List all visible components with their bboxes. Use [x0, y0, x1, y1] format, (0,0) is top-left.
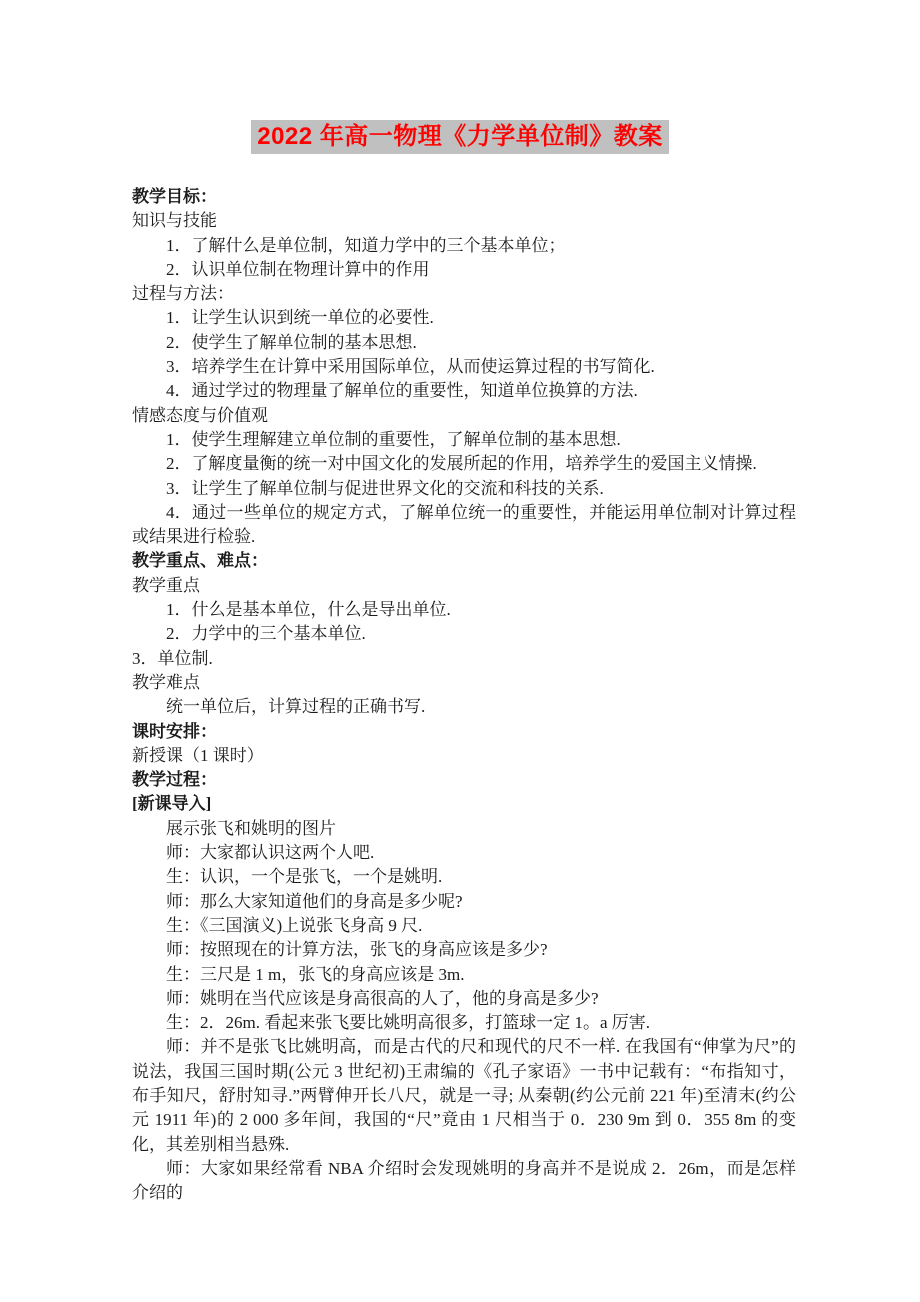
document-page: 2022 年高一物理《力学单位制》教案 教学目标：知识与技能1．了解什么是单位制…: [0, 0, 920, 1302]
body-line: 新授课（1 课时）: [132, 744, 796, 768]
title-row: 2022 年高一物理《力学单位制》教案: [0, 0, 920, 154]
subheading-knowledge-skills: 知识与技能: [132, 209, 796, 233]
dialog-line: 师：姚明在当代应该是身高很高的人了，他的身高是多少?: [132, 987, 796, 1011]
list-item: 4．通过学过的物理量了解单位的重要性，知道单位换算的方法.: [132, 379, 796, 403]
list-item: 3．培养学生在计算中采用国际单位，从而使运算过程的书写简化.: [132, 355, 796, 379]
list-item: 1．了解什么是单位制，知道力学中的三个基本单位；: [132, 234, 796, 258]
dialog-line: 师：大家都认识这两个人吧.: [132, 841, 796, 865]
list-item: 2．认识单位制在物理计算中的作用: [132, 258, 796, 282]
list-item: 1．什么是基本单位，什么是导出单位.: [132, 598, 796, 622]
subheading-process-methods: 过程与方法：: [132, 282, 796, 306]
list-item: 3．让学生了解单位制与促进世界文化的交流和科技的关系.: [132, 477, 796, 501]
list-item: 1．让学生认识到统一单位的必要性.: [132, 306, 796, 330]
list-item: 2．力学中的三个基本单位.: [132, 622, 796, 646]
dialog-line: 师：那么大家知道他们的身高是多少呢?: [132, 890, 796, 914]
document-title: 2022 年高一物理《力学单位制》教案: [251, 120, 669, 154]
subheading-key-points: 教学重点: [132, 574, 796, 598]
dialog-line: 师：按照现在的计算方法，张飞的身高应该是多少?: [132, 938, 796, 962]
list-item: 2．使学生了解单位制的基本思想.: [132, 331, 796, 355]
subheading-emotion-values: 情感态度与价值观: [132, 404, 796, 428]
dialog-line: 生：2．26m. 看起来张飞要比姚明高很多，打篮球一定 1。a 厉害.: [132, 1011, 796, 1035]
heading-teaching-objectives: 教学目标：: [132, 185, 796, 209]
subheading-difficult-points: 教学难点: [132, 671, 796, 695]
dialog-line: 师：并不是张飞比姚明高，而是古代的尺和现代的尺不一样. 在我国有“伸掌为尺”的说…: [132, 1035, 796, 1156]
heading-class-schedule: 课时安排：: [132, 720, 796, 744]
dialog-line: 生：《三国演义)上说张飞身高 9 尺.: [132, 914, 796, 938]
list-item: 4．通过一些单位的规定方式，了解单位统一的重要性，并能运用单位制对计算过程或结果…: [132, 501, 796, 550]
dialog-line: 师：大家如果经常看 NBA 介绍时会发现姚明的身高并不是说成 2．26m，而是怎…: [132, 1157, 796, 1206]
dialog-line: 生：三尺是 1 m，张飞的身高应该是 3m.: [132, 963, 796, 987]
body-line: 统一单位后，计算过程的正确书写.: [132, 695, 796, 719]
document-body: 教学目标：知识与技能1．了解什么是单位制，知道力学中的三个基本单位；2．认识单位…: [132, 185, 796, 1205]
list-item: 2．了解度量衡的统一对中国文化的发展所起的作用，培养学生的爱国主义情操.: [132, 452, 796, 476]
heading-new-lesson-intro: [新课导入]: [132, 792, 796, 816]
dialog-line: 生：认识，一个是张飞，一个是姚明.: [132, 865, 796, 889]
body-line: 展示张飞和姚明的图片: [132, 817, 796, 841]
heading-key-difficult-points: 教学重点、难点：: [132, 549, 796, 573]
heading-teaching-process: 教学过程：: [132, 768, 796, 792]
list-item: 1．使学生理解建立单位制的重要性，了解单位制的基本思想.: [132, 428, 796, 452]
list-item: 3．单位制.: [132, 647, 796, 671]
